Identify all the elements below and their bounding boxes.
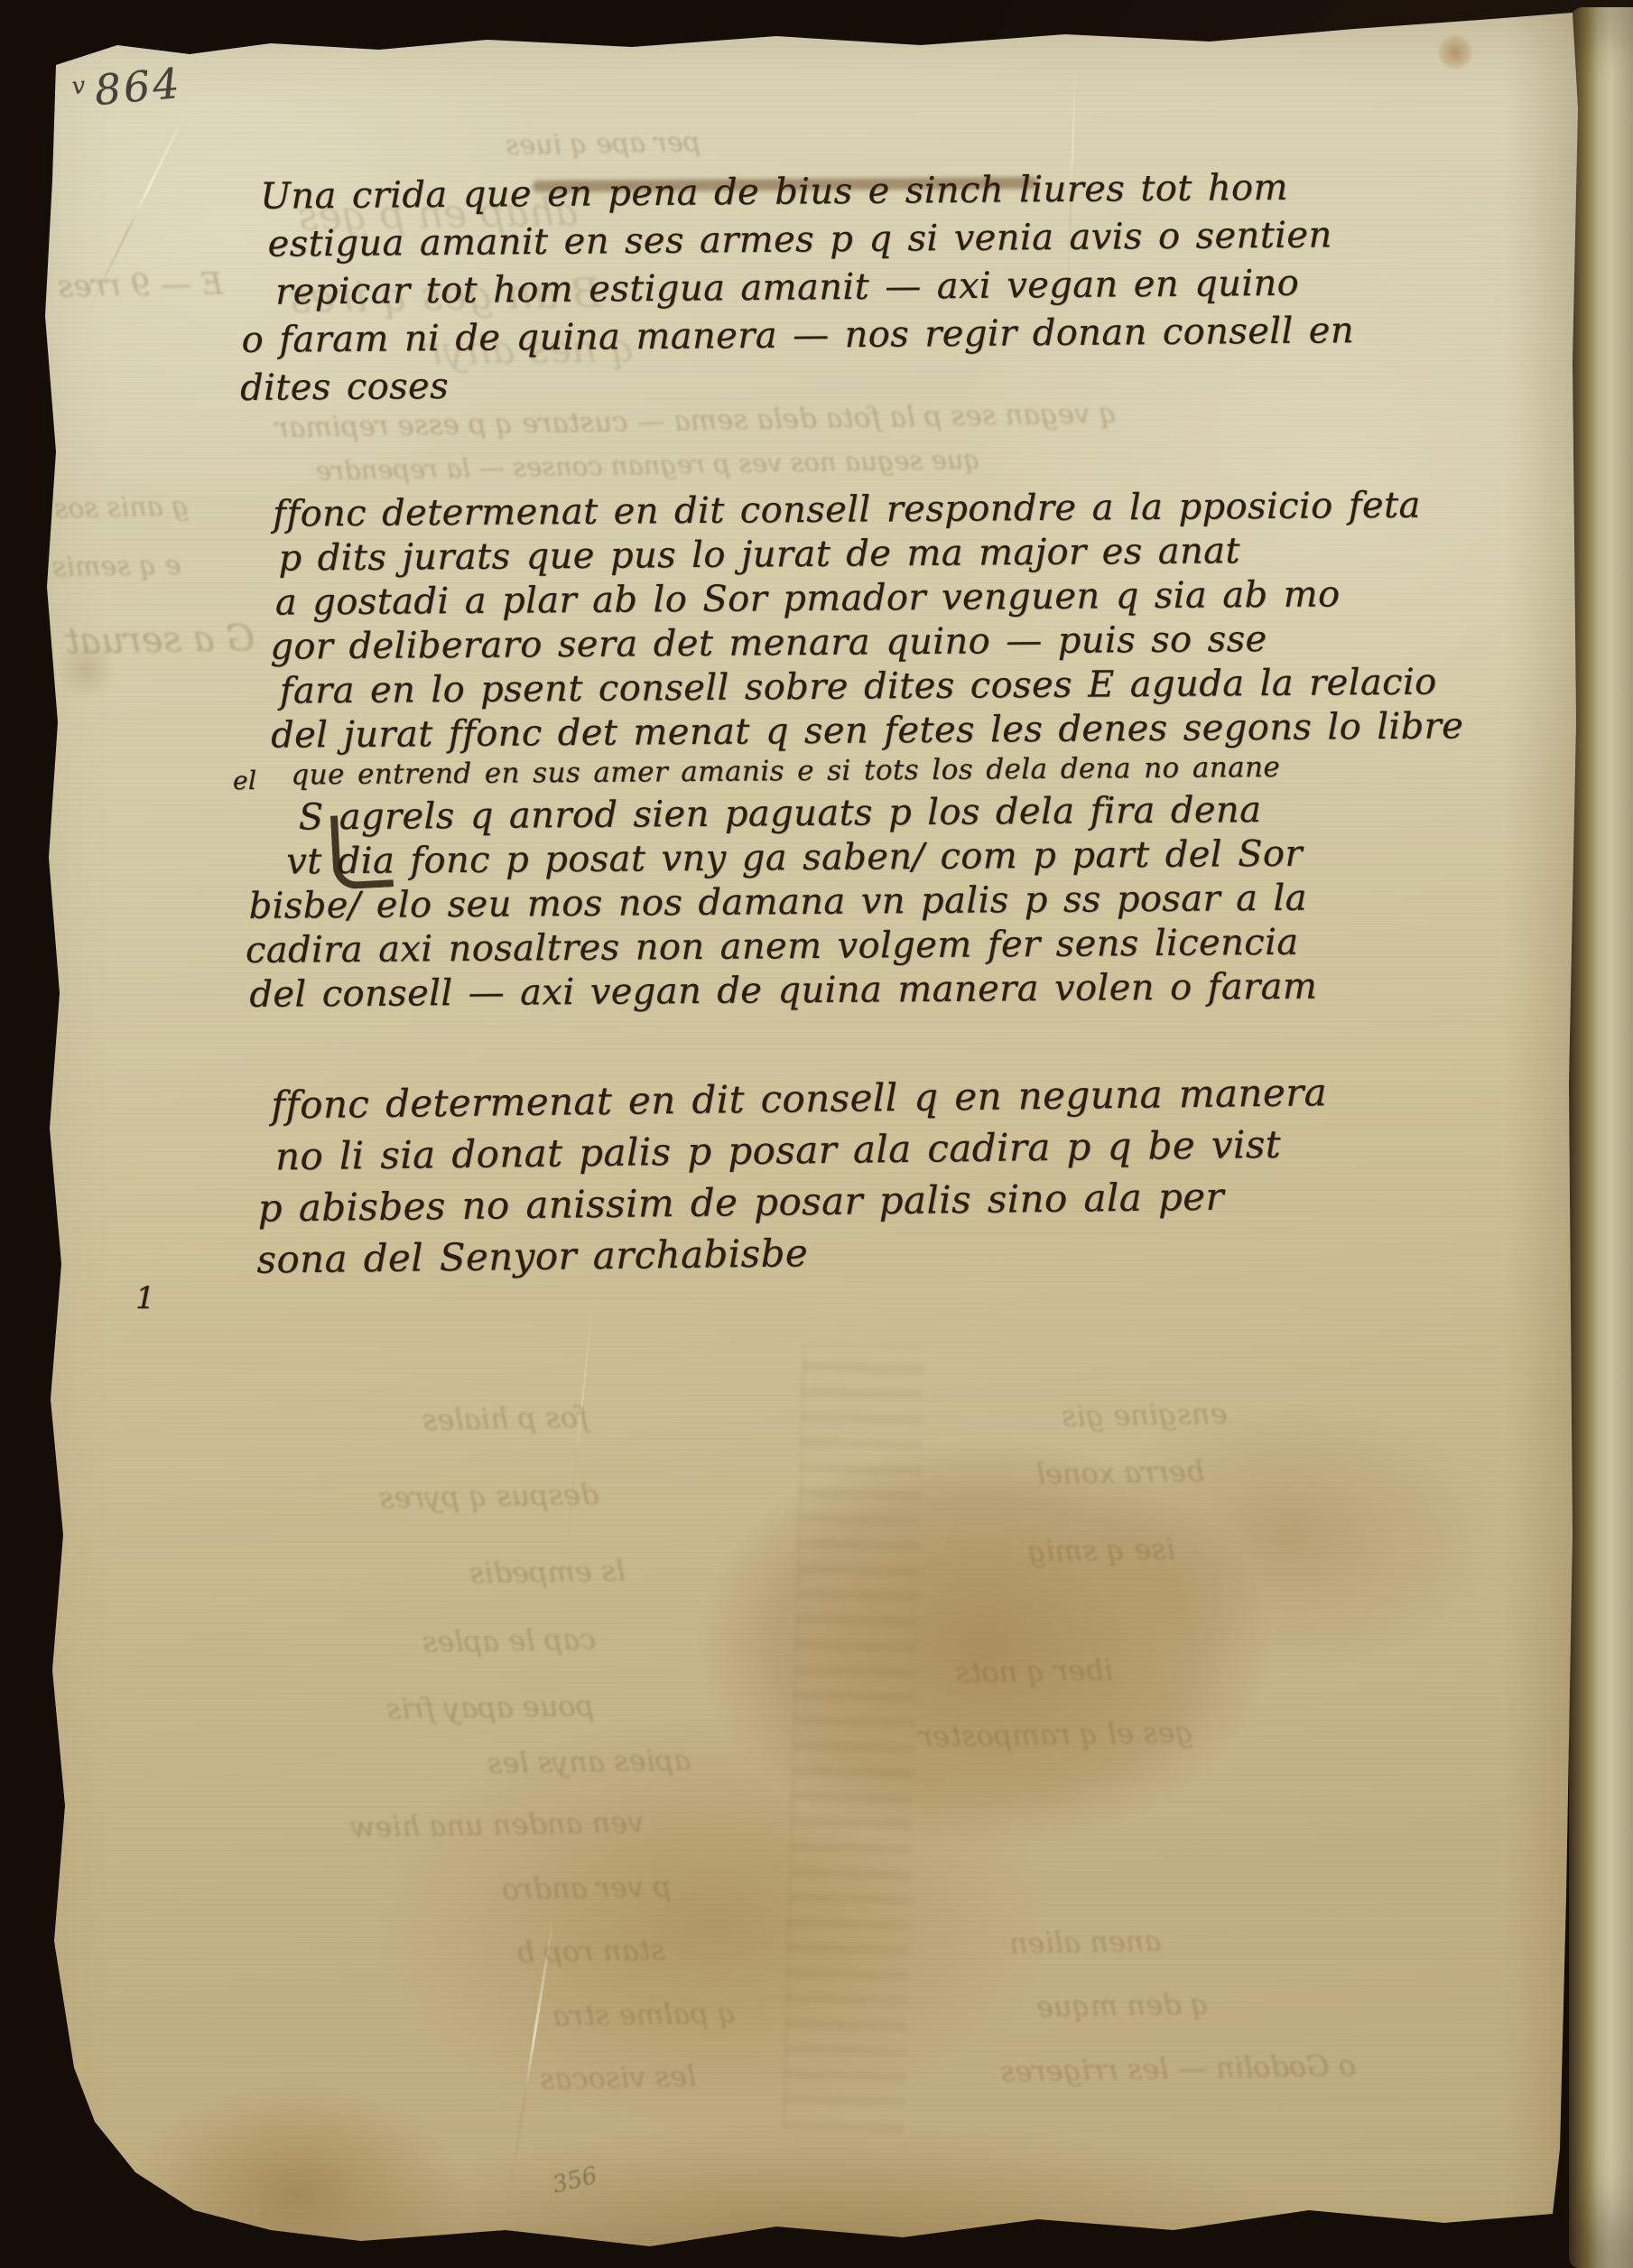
bleedthrough-text: o Godolin — les rrigeres (1000, 2049, 1357, 2089)
manuscript-page: per ape q iuesE — 9 rresq vegan ses p la… (0, 0, 1633, 2268)
manuscript-line: a gostadi a plar ab lo Sor pmador vengue… (275, 572, 1462, 625)
bleedthrough-text: ven anden una hiew (350, 1805, 645, 1845)
bleedthrough-text: p ver andro (502, 1869, 673, 1906)
bleedthrough-text: ise q smig (1027, 1532, 1176, 1569)
manuscript-line: del jurat ffonc det menat q sen fetes le… (271, 704, 1463, 758)
folio-check-mark: v (70, 72, 86, 100)
bleedthrough-text: fos p hiales (422, 1399, 589, 1436)
bleedthrough-text: berra xonel (1036, 1454, 1205, 1491)
paragraph-3: ffonc determenat en dit consell q en neg… (233, 1066, 1330, 1286)
manuscript-line: ffonc determenat en dit consell respondr… (273, 483, 1461, 536)
bleedthrough-text: cap le aples (422, 1622, 597, 1659)
verso-bleedthrough-column (783, 1343, 925, 2132)
scribal-bracket-icon (330, 813, 394, 889)
bleedthrough-text: poue apay fris (386, 1688, 595, 1726)
next-page-edge (1569, 7, 1633, 2268)
bleedthrough-text: apies anys les (487, 1743, 691, 1780)
folio-number-text: 864 (92, 59, 183, 115)
paper-crease (563, 1301, 593, 1571)
manuscript-line: o faram ni de quina manera — nos regir d… (241, 307, 1354, 365)
margin-tick: 1 (135, 1280, 155, 1316)
bleedthrough-text: g anis sos (54, 491, 190, 525)
folio-number: v864 (70, 59, 184, 116)
manuscript-line: dites coses (240, 355, 1355, 413)
bleedthrough-text: q palme stra (552, 1995, 737, 2033)
bleedthrough-text: E — 9 rres (58, 265, 224, 304)
bleedthrough-text: les visocas (540, 2059, 697, 2096)
bleedthrough-text: q den mque (1036, 1986, 1210, 2023)
bleedthrough-text: ls empedis (469, 1553, 626, 1590)
pencil-inscription: 356 (550, 2161, 599, 2198)
bleedthrough-text: stan rop b (516, 1933, 665, 1970)
bleedthrough-text: ensgine gis (1062, 1396, 1228, 1433)
paragraph-2: ffonc determenat en dit consell respondr… (233, 483, 1466, 1018)
bleedthrough-text: ges el q ramposter (919, 1715, 1194, 1753)
photo-backdrop: per ape q iuesE — 9 rresq vegan ses p la… (0, 0, 1633, 2268)
bleedthrough-text: per ape q iues (506, 126, 701, 162)
bleedthrough-text: G a seruat (65, 618, 255, 663)
bleedthrough-text: despus q pyres (379, 1477, 599, 1515)
bleedthrough-text: e q semis (52, 550, 181, 583)
bleedthrough-text: iber q nots (955, 1652, 1114, 1689)
paragraph-1: Una crida que en pena de bius e sinch li… (233, 163, 1355, 413)
bleedthrough-text: que segua nos ves p regnan conses — la r… (316, 444, 981, 487)
marginal-mark: el (233, 766, 256, 795)
manuscript-line: del consell — axi vegan de quina manera … (249, 963, 1465, 1018)
bleedthrough-text: anen alien (1009, 1924, 1162, 1961)
